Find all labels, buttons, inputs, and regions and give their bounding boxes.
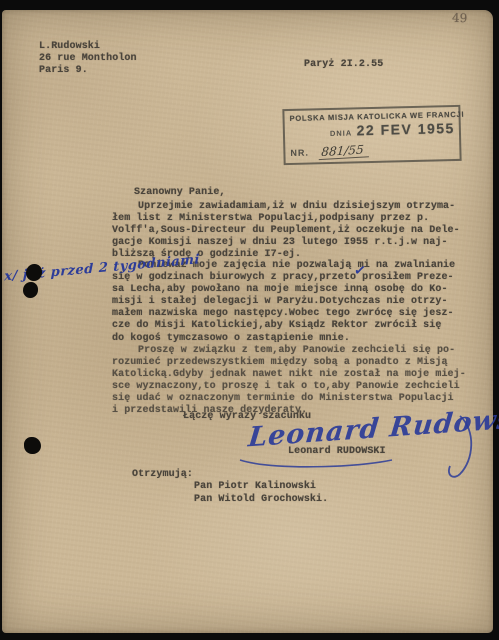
paragraph-3: Proszę w związku z tem,aby Panowie zechc…	[112, 345, 482, 418]
stamp-number-handwritten: 881/55	[319, 142, 371, 160]
stamp-number-label: NR.	[290, 148, 309, 158]
punch-hole	[26, 264, 42, 281]
punch-hole	[23, 282, 38, 298]
scanned-letter-page: 49 L.Rudowski 26 rue Montholon Paris 9. …	[2, 10, 493, 633]
page-number: 49	[452, 11, 468, 26]
paragraph-2: Ponieważ moje zajęcia nie pozwalają mi n…	[112, 260, 478, 345]
punch-hole	[24, 437, 41, 454]
stamp-number-row: NR. 881/55	[290, 139, 455, 161]
recipients-label: Otrzymują:	[132, 469, 193, 481]
recipients-list: Pan Piotr Kalinowski Pan Witold Grochows…	[194, 481, 328, 506]
stamp-date-value: 22 FEV 1955	[356, 120, 455, 138]
date-line: Paryż 2I.2.55	[304, 59, 383, 71]
reception-stamp: POLSKA MISJA KATOLICKA WE FRANCJI DNIA 2…	[282, 105, 461, 165]
paragraph-1: Uprzejmie zawiadamiam,iż w dniu dzisiejs…	[112, 201, 478, 261]
stamp-date-label: DNIA	[330, 128, 353, 138]
ink-check-mark: ✓	[353, 262, 367, 279]
sender-address: L.Rudowski 26 rue Montholon Paris 9.	[39, 41, 137, 77]
signature-typed: Leonard RUDOWSKI	[288, 446, 386, 458]
salutation: Szanowny Panie,	[134, 187, 226, 199]
